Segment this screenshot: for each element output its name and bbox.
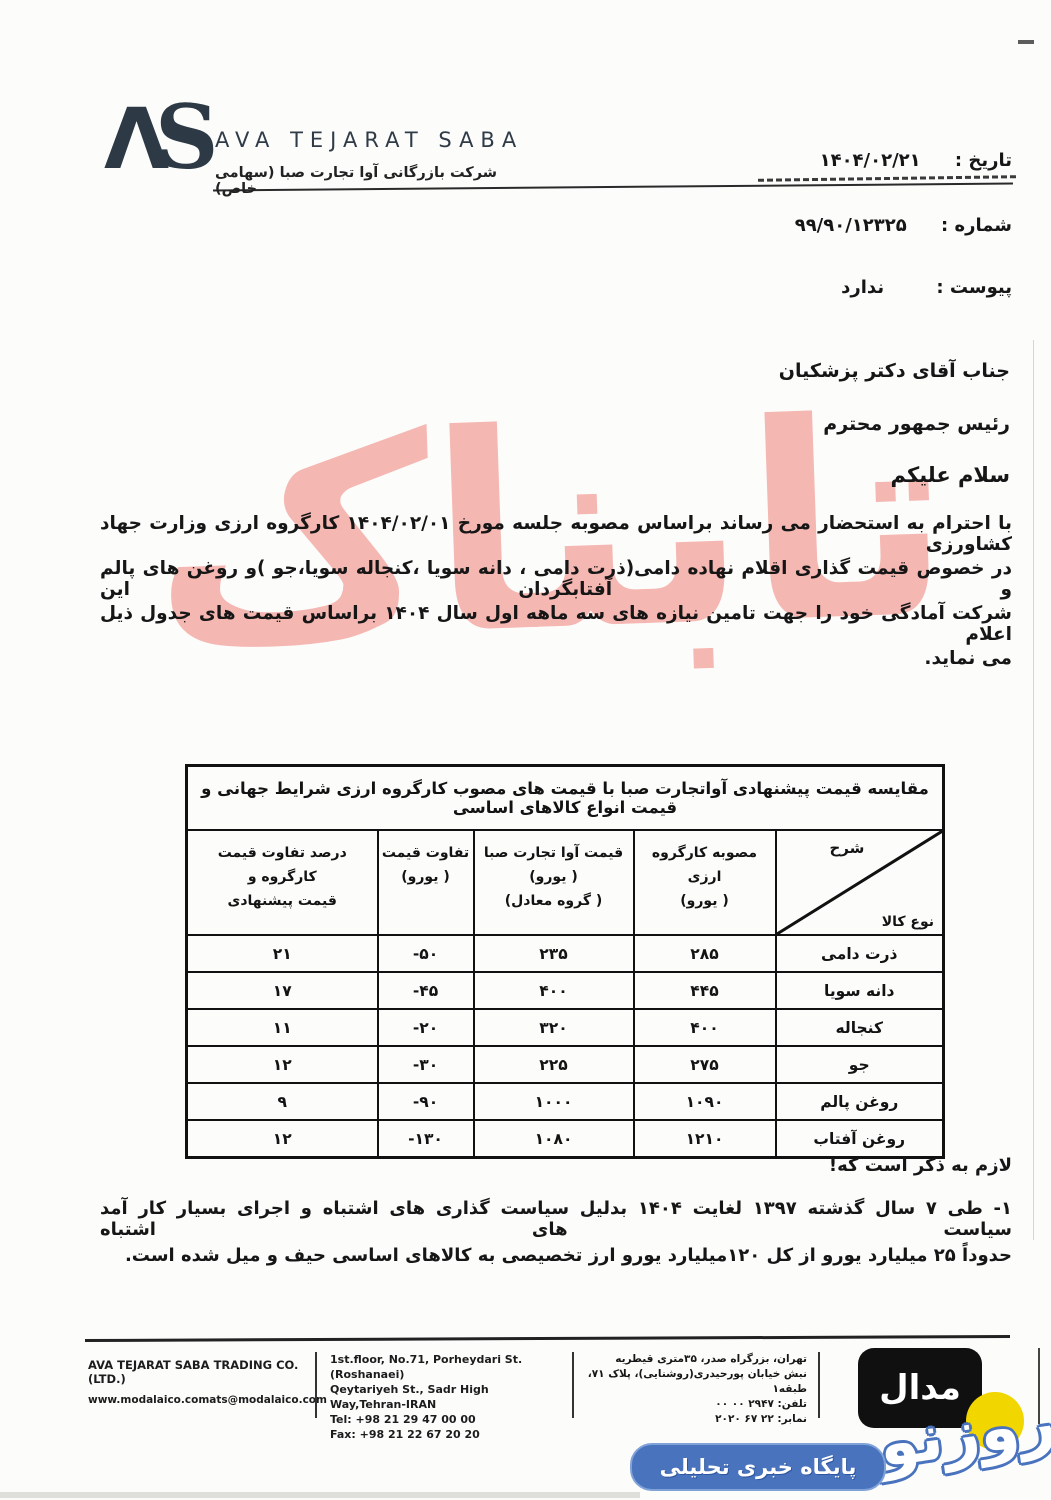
address-en-line: Tel: +98 21 29 47 00 00 [330, 1412, 560, 1427]
table-cell-name: کنجاله [776, 1009, 944, 1046]
table-row: روغن آفتاب۱۲۱۰۱۰۸۰-۱۳۰۱۲ [187, 1120, 944, 1158]
address-en-line: Qeytariyeh St., Sadr High Way,Tehran-IRA… [330, 1382, 560, 1412]
header-ava-price: قیمت آوا تجارت صبا ( یورو) ( گروه معادل) [474, 830, 634, 935]
meta-row-number: شماره : ۹۹/۹۰/۱۲۳۲۵ [795, 215, 1012, 236]
table-cell-ava: ۲۲۵ [474, 1046, 634, 1083]
header-percent-difference: درصد تفاوت قیمت کارگروه و قیمت پیشنهادی [187, 830, 378, 935]
table-cell-diff: -۲۰ [378, 1009, 474, 1046]
rozno-ribbon-text: پایگاه خبری تحلیلی [660, 1455, 857, 1479]
table-header-row: شرح نوع کالا مصوبه کارگروه ارزی ( یورو) … [187, 830, 944, 935]
footer-divider [818, 1352, 820, 1418]
scan-artifact-dash [1018, 40, 1034, 44]
corner-header-cell: شرح نوع کالا [776, 830, 944, 935]
address-en-line: 1st.floor, No.71, Porheydari St.(Roshana… [330, 1352, 560, 1382]
table-cell-pct: ۱۷ [187, 972, 378, 1009]
table-cell-approved: ۲۸۵ [634, 935, 776, 972]
table-cell-diff: -۳۰ [378, 1046, 474, 1083]
table-row: ذرت دامی۲۸۵۲۳۵-۵۰۲۱ [187, 935, 944, 972]
table-cell-name: روغن آفتاب [776, 1120, 944, 1158]
footer-company-block: AVA TEJARAT SABA TRADING CO.(LTD.) www.m… [88, 1358, 313, 1406]
table-cell-approved: ۴۴۵ [634, 972, 776, 1009]
company-name-persian: شرکت بازرگانی آوا تجارت صبا (سهامی خاص) [215, 165, 515, 197]
header-line: درصد تفاوت قیمت کارگروه و [189, 841, 376, 889]
address-fa-line: تلفن: ۲۹۴۷ ۰۰ ۰۰ [585, 1397, 807, 1412]
attachment-value: ندارد [841, 277, 884, 298]
salutation-title: رئیس جمهور محترم [823, 413, 1010, 435]
table-cell-pct: ۱۲ [187, 1046, 378, 1083]
table-cell-ava: ۱۰۸۰ [474, 1120, 634, 1158]
table-title-row: مقایسه قیمت پیشنهادی آواتجارت صبا با قیم… [187, 766, 944, 831]
rozno-ribbon: پایگاه خبری تحلیلی [630, 1443, 886, 1491]
meta-row-attachment: پیوست : ندارد [841, 277, 1012, 298]
monogram-letter-s: S [155, 85, 219, 189]
table-row: دانه سویا۴۴۵۴۰۰-۴۵۱۷ [187, 972, 944, 1009]
company-monogram-logo: ΛS [104, 92, 214, 187]
table-body: ذرت دامی۲۸۵۲۳۵-۵۰۲۱دانه سویا۴۴۵۴۰۰-۴۵۱۷ک… [187, 935, 944, 1158]
table-row: کنجاله۴۰۰۳۲۰-۲۰۱۱ [187, 1009, 944, 1046]
date-value: ۱۴۰۴/۰۲/۲۱ [820, 150, 921, 171]
footer-address-fa: تهران، بزرگراه صدر، ۳۵متری قیطریه نبش خی… [585, 1352, 807, 1427]
table-cell-pct: ۱۱ [187, 1009, 378, 1046]
price-table: مقایسه قیمت پیشنهادی آواتجارت صبا با قیم… [185, 764, 945, 1159]
table-cell-ava: ۴۰۰ [474, 972, 634, 1009]
table-cell-pct: ۱۲ [187, 1120, 378, 1158]
table-cell-pct: ۹ [187, 1083, 378, 1120]
note-line-1: ۱- طی ۷ سال گذشته ۱۳۹۷ لغایت ۱۴۰۴ بدلیل … [100, 1198, 1012, 1240]
header-approved-price: مصوبه کارگروه ارزی ( یورو) [634, 830, 776, 935]
table-cell-pct: ۲۱ [187, 935, 378, 972]
table-title: مقایسه قیمت پیشنهادی آواتجارت صبا با قیم… [187, 766, 944, 831]
note-heading: لازم به ذکر است که! [829, 1155, 1012, 1176]
meta-row-date: تاریخ : ۱۴۰۴/۰۲/۲۱ [820, 150, 1012, 171]
table-cell-ava: ۲۳۵ [474, 935, 634, 972]
attachment-label: پیوست : [936, 277, 1012, 298]
footer-divider [315, 1352, 317, 1418]
table-cell-diff: -۵۰ [378, 935, 474, 972]
address-fa-line: تهران، بزرگراه صدر، ۳۵متری قیطریه [585, 1352, 807, 1367]
table-cell-ava: ۳۲۰ [474, 1009, 634, 1046]
table-cell-approved: ۲۷۵ [634, 1046, 776, 1083]
number-label: شماره : [941, 215, 1012, 236]
address-en-line: Fax: +98 21 22 67 20 20 [330, 1427, 560, 1442]
header-line: مصوبه کارگروه ارزی [636, 841, 774, 889]
date-underline-dashed [758, 175, 1016, 182]
table-cell-approved: ۱۲۱۰ [634, 1120, 776, 1158]
table-cell-approved: ۴۰۰ [634, 1009, 776, 1046]
number-value: ۹۹/۹۰/۱۲۳۲۵ [795, 215, 907, 236]
header-line: ( یورو) [380, 865, 472, 889]
scanned-letter-page: تابناک ΛS AVA TEJARAT SABA شرکت بازرگانی… [0, 0, 1051, 1500]
footer-website: www.modalaico.com [88, 1394, 209, 1406]
header-line: ( یورو) [636, 889, 774, 913]
body-line-4: می نماید. [100, 648, 1012, 669]
header-line: ( گروه معادل) [476, 889, 632, 913]
header-line: تفاوت قیمت [380, 841, 472, 865]
table-cell-diff: -۹۰ [378, 1083, 474, 1120]
table-row: جو۲۷۵۲۲۵-۳۰۱۲ [187, 1046, 944, 1083]
table-cell-diff: -۱۳۰ [378, 1120, 474, 1158]
header-line: قیمت آوا تجارت صبا [476, 841, 632, 865]
monogram-letter-a: Λ [104, 90, 155, 188]
header-price-difference: تفاوت قیمت ( یورو) [378, 830, 474, 935]
footer-address-en: 1st.floor, No.71, Porheydari St.(Roshana… [330, 1352, 560, 1442]
header-line: قیمت پیشنهادی [189, 889, 376, 913]
scan-artifact-smudge [0, 1492, 640, 1498]
table-cell-ava: ۱۰۰۰ [474, 1083, 634, 1120]
date-label: تاریخ : [955, 150, 1012, 171]
scan-artifact-edge-line [1033, 340, 1034, 1240]
salutation-addressee: جناب آقای دکتر پزشکیان [779, 360, 1010, 382]
footer-rule [85, 1335, 1010, 1342]
salutation-greeting: سلام علیکم [891, 463, 1010, 487]
table-row: روغن پالم۱۰۹۰۱۰۰۰-۹۰۹ [187, 1083, 944, 1120]
body-line-1: با احترام به استحضار می رساند براساس مصو… [100, 513, 1012, 555]
company-name-latin: AVA TEJARAT SABA [215, 128, 635, 152]
body-line-2: در خصوص قیمت گذاری اقلام نهاده دامی(ذرت … [100, 558, 1012, 600]
address-fa-line: نبش خیابان پورحیدری(روشنایی)، پلاک ۷۱، ط… [585, 1367, 807, 1397]
header-line: ( یورو) [476, 865, 632, 889]
table-cell-name: جو [776, 1046, 944, 1083]
table-cell-name: دانه سویا [776, 972, 944, 1009]
table-cell-name: ذرت دامی [776, 935, 944, 972]
table-cell-approved: ۱۰۹۰ [634, 1083, 776, 1120]
footer-divider [572, 1352, 574, 1418]
table-cell-name: روغن پالم [776, 1083, 944, 1120]
body-line-3: شرکت آمادگی خود را جهت تامین نیازه های س… [100, 603, 1012, 645]
corner-label-description: شرح [829, 839, 864, 857]
note-line-2: حدوداً ۲۵ میلیارد یورو از کل ۱۲۰میلیارد … [100, 1245, 1012, 1266]
footer-email: ats@modalaico.com [209, 1394, 327, 1406]
table-cell-diff: -۴۵ [378, 972, 474, 1009]
corner-label-goods-type: نوع کالا [882, 914, 934, 930]
footer-company-name: AVA TEJARAT SABA TRADING CO.(LTD.) [88, 1358, 313, 1386]
price-comparison-table: مقایسه قیمت پیشنهادی آواتجارت صبا با قیم… [185, 764, 945, 1159]
address-fa-line: نمابر: ۲۲ ۶۷ ۲۰۲۰ [585, 1412, 807, 1427]
